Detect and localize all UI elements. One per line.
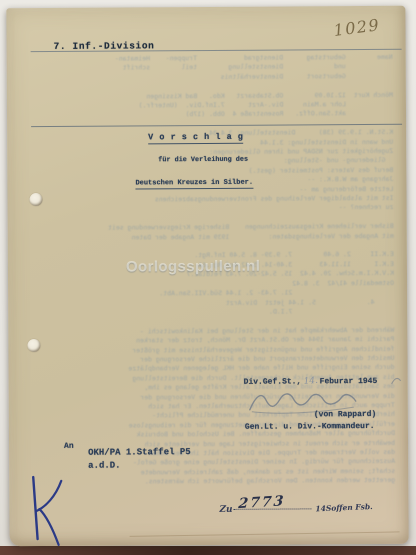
document-paper: Name Geburtstag Dienstgrad Truppen- Heim…	[6, 6, 408, 546]
photo-background: Name Geburtstag Dienstgrad Truppen- Heim…	[0, 0, 416, 555]
registry-number: 2773	[238, 493, 286, 512]
date-line-suffix: Feburar 1945	[320, 377, 378, 386]
proposal-subtitle: für die Verleihung des	[158, 156, 248, 165]
bleedthrough-line: gerettet werden konnten. Den Vorschlag b…	[23, 476, 395, 488]
unit-header: 7. Inf.-Division	[54, 40, 155, 52]
registry-stamp-prefix: Zu	[219, 505, 232, 515]
date-line-prefix: Div.Gef.St.,	[244, 377, 302, 386]
signer-title: Gen.Lt. u. Div.-Kommandeur.	[245, 422, 375, 432]
pencil-tick	[390, 375, 404, 387]
address-sub: a.d.D.	[88, 461, 120, 471]
paper-crease	[130, 531, 400, 536]
registry-suffix: 14Soffen Fsb.	[315, 502, 373, 513]
signer-name: (von Rappard)	[314, 410, 376, 419]
page-number-annotation: 1029	[332, 15, 381, 40]
address-unit: OKH/PA 1.Staffel P5	[88, 447, 191, 458]
award-name: Deutschen Kreuzes in Silber.	[135, 179, 253, 190]
handwritten-k-mark	[21, 473, 73, 551]
watermark: Oorlogsspullen.nl	[126, 258, 260, 276]
handwritten-date-day: 14.	[303, 376, 318, 387]
punch-hole-top	[29, 193, 42, 206]
proposal-title: V o r s c h l a g	[148, 132, 243, 145]
address-to: An	[64, 442, 74, 451]
punch-hole-bottom	[27, 339, 40, 352]
